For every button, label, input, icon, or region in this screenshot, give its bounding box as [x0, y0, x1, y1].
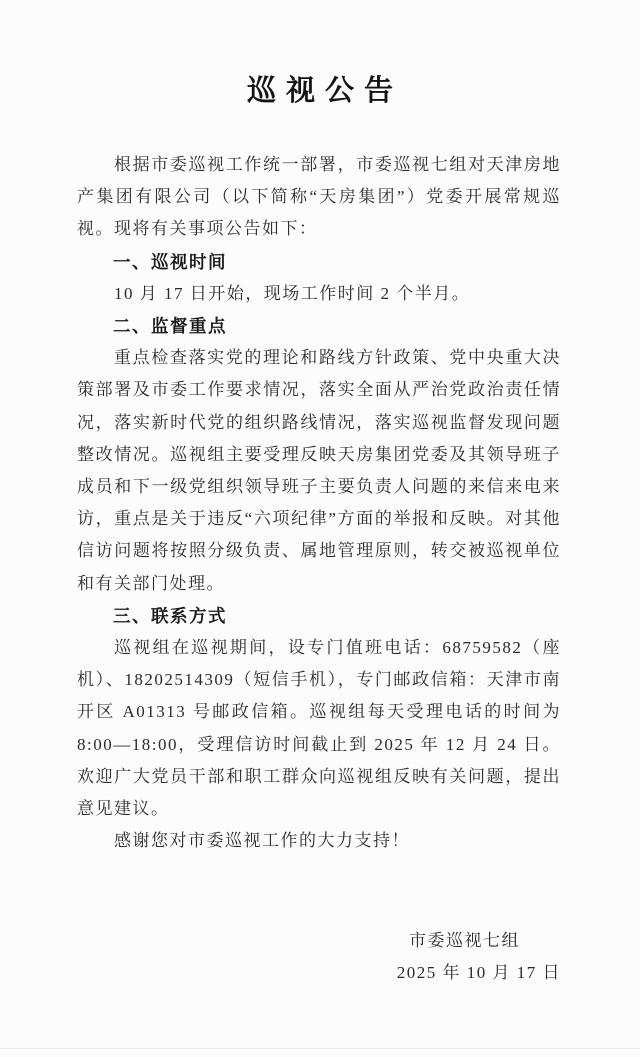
section-2-body: 重点检查落实党的理论和路线方针政策、党中央重大决策部署及市委工作要求情况，落实全…: [77, 342, 561, 600]
signature-block: 市委巡视七组 2025 年 10 月 17 日: [77, 925, 561, 989]
section-3-body: 巡视组在巡视期间，设专门值班电话：68759582（座机）、1820251430…: [77, 632, 561, 825]
section-2-heading: 二、监督重点: [77, 310, 561, 342]
scan-edge-artifact: [0, 1048, 640, 1049]
intro-paragraph: 根据市委巡视工作统一部署，市委巡视七组对天津房地产集团有限公司（以下简称“天房集…: [77, 149, 561, 246]
section-1-body: 10 月 17 日开始，现场工作时间 2 个半月。: [77, 278, 561, 310]
signature-org: 市委巡视七组: [77, 925, 561, 957]
page-title: 巡视公告: [0, 74, 640, 108]
document-body: 根据市委巡视工作统一部署，市委巡视七组对天津房地产集团有限公司（以下简称“天房集…: [77, 149, 561, 857]
announcement-page: 巡视公告 根据市委巡视工作统一部署，市委巡视七组对天津房地产集团有限公司（以下简…: [0, 0, 640, 1057]
signature-date: 2025 年 10 月 17 日: [77, 957, 561, 989]
section-3-heading: 三、联系方式: [77, 600, 561, 632]
closing-paragraph: 感谢您对市委巡视工作的大力支持！: [77, 825, 561, 857]
section-1-heading: 一、巡视时间: [77, 246, 561, 278]
